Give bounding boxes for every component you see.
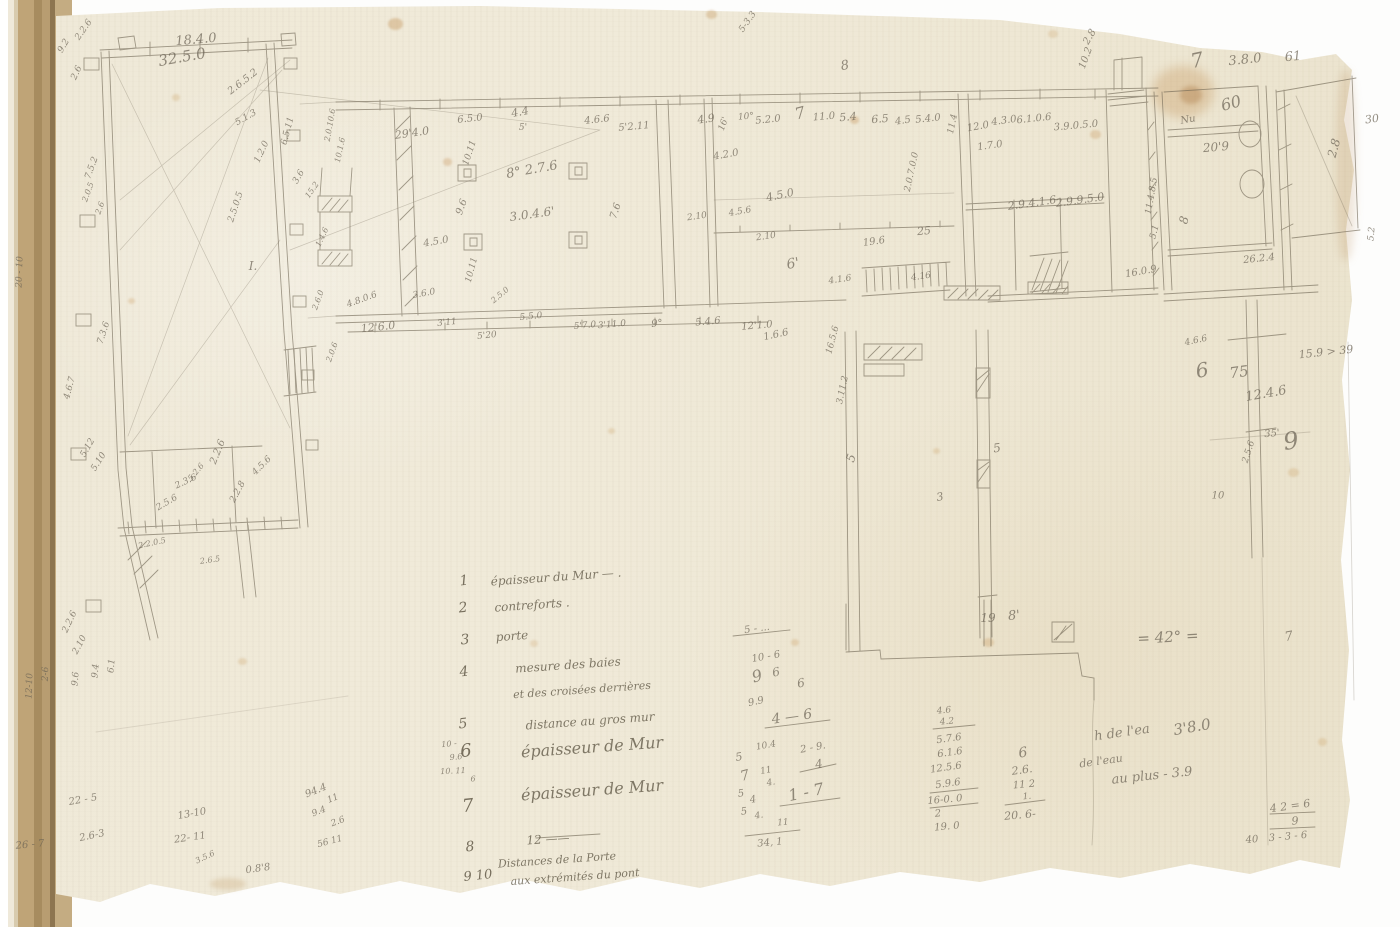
legend-text: 12 —— [526, 831, 570, 848]
legend-text: distance au gros mur [525, 710, 655, 733]
legend-text: épaisseur de Mur [520, 733, 663, 762]
legend-text: et des croisées derrières [513, 679, 652, 702]
scanned-sheet: 18.4.032.5.02.6.5.26.5.115.1.32.5.0.51.2… [0, 0, 1400, 927]
legend-text: 2 [458, 600, 469, 617]
legend-text: épaisseur du Mur — . [490, 565, 622, 588]
legend-layer: 1épaisseur du Mur — .2contreforts .3port… [0, 0, 1400, 927]
legend-text: 5 [458, 716, 469, 733]
legend-text: 3 [460, 632, 471, 649]
legend-text: mesure des baies [515, 654, 621, 675]
legend-text: 8 [465, 839, 476, 856]
legend-text: 1 [459, 573, 470, 590]
legend-text: 7 [461, 795, 475, 817]
legend-text: porte [495, 628, 528, 644]
legend-text: Distances de la Porte [498, 849, 617, 870]
legend-text: aux extrémités du pont [510, 866, 640, 888]
legend-text: 6 [459, 740, 473, 762]
legend-text: épaisseur de Mur [520, 776, 663, 805]
legend-text: contreforts . [494, 595, 570, 614]
legend-text: 4 [459, 664, 470, 681]
legend-text: 9 10 [463, 867, 493, 885]
